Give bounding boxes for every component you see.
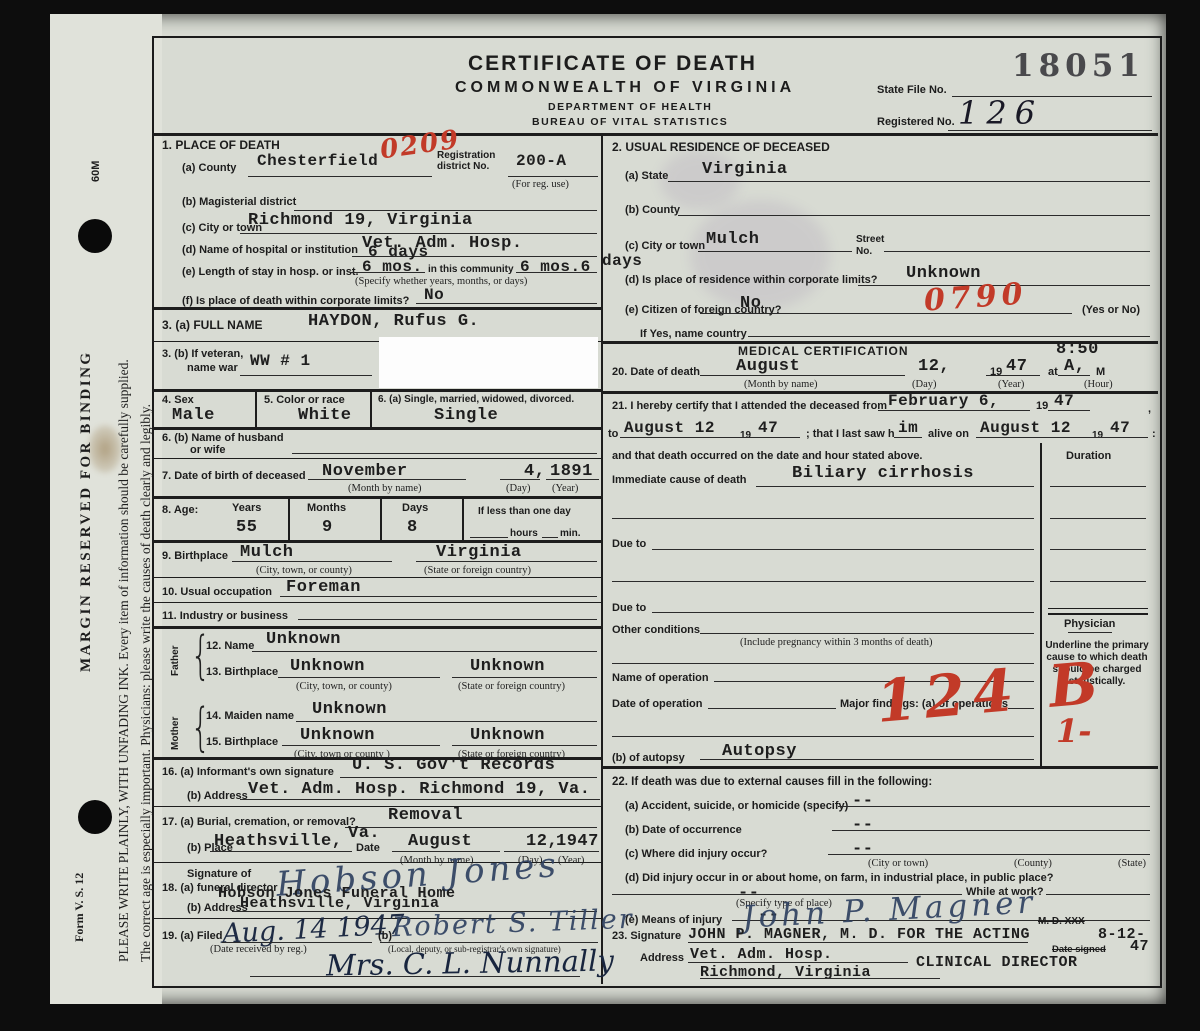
s8-years-value: 55 (236, 518, 257, 537)
s2e-note: (Yes or No) (1082, 304, 1140, 316)
rule (756, 486, 1034, 487)
s3b-label1: 3. (b) If veteran, (162, 348, 243, 360)
section-divider (152, 389, 601, 392)
date-operation-label: Date of operation (612, 698, 702, 710)
rule (612, 736, 1034, 737)
s8-days-label: Days (402, 502, 428, 514)
s18-label1: Signature of (187, 868, 251, 880)
s21-from-date: February 6, (888, 392, 999, 410)
s22a-label: (a) Accident, suicide, or homicide (spec… (625, 800, 848, 812)
rule (232, 561, 392, 562)
s3b-value: WW # 1 (250, 352, 311, 370)
rule (278, 677, 440, 678)
s19a-note: (Date received by reg.) (210, 944, 307, 955)
rule (222, 942, 372, 943)
s22c-note1: (City or town) (868, 858, 928, 869)
s22a-value: -- (852, 792, 873, 811)
rule (452, 745, 597, 746)
p13-state-note: (State or foreign country) (458, 681, 565, 692)
rule (292, 453, 597, 454)
s1-reg-label1: Registration (437, 150, 495, 161)
immediate-cause-label: Immediate cause of death (612, 474, 747, 486)
s23-md-label: M. D. XXX (1038, 916, 1085, 927)
immediate-cause-value: Biliary cirrhosis (792, 464, 974, 483)
p15-state: Unknown (470, 726, 545, 745)
s21-to-year: 47 (758, 419, 778, 437)
s6b-label2: or wife (190, 444, 225, 456)
father-label: Father (170, 645, 181, 676)
rule (612, 518, 1034, 519)
s18b-label: (b) Address (187, 902, 248, 914)
margin-binding-text: MARGIN RESERVED FOR BINDING (78, 350, 95, 672)
rule (1046, 894, 1150, 895)
rule (282, 745, 440, 746)
punch-hole-top (78, 219, 112, 253)
rule (976, 437, 1148, 438)
rule (340, 777, 597, 778)
s21-alive-label: alive on (928, 428, 969, 440)
p14-label: 14. Maiden name (206, 710, 294, 722)
rule (668, 181, 1150, 182)
s23-address-label: Address (640, 952, 684, 964)
s1e-overflow: days (602, 252, 642, 270)
due-to-1-label: Due to (612, 538, 646, 550)
s17-month: August (408, 832, 472, 851)
state-file-stamp: 18051 (1012, 48, 1145, 84)
s20-month-note: (Month by name) (744, 379, 818, 390)
s16b-label: (b) Address (187, 790, 248, 802)
cell-divider (288, 496, 290, 540)
s22e-label: (e) Means of injury (625, 914, 722, 926)
s23-typed1: JOHN P. MAGNER, M. D. FOR THE ACTING (688, 926, 1030, 943)
s9-city-note: (City, town, or county) (256, 565, 352, 576)
s3a-label: 3. (a) FULL NAME (162, 318, 262, 332)
rule (1050, 581, 1146, 582)
s9-label: 9. Birthplace (162, 550, 228, 562)
s5-value: White (298, 406, 352, 425)
rule (1050, 549, 1146, 550)
s1-reg-value: 200-A (516, 152, 567, 170)
s21-alive-date: August 12 (980, 419, 1071, 437)
s11-label: 11. Industry or business (162, 610, 288, 622)
s1-title: 1. PLACE OF DEATH (162, 138, 280, 152)
s21-alive-19: 19 (1092, 430, 1103, 441)
duration-label: Duration (1066, 450, 1111, 462)
header-divider (152, 133, 1158, 136)
s21-line1: 21. I hereby certify that I attended the… (612, 400, 887, 412)
commonwealth-title: COMMONWEALTH OF VIRGINIA (455, 79, 795, 97)
s8-months-label: Months (307, 502, 346, 514)
rule (748, 336, 1150, 337)
p13-label: 13. Birthplace (206, 666, 278, 678)
s2d-label: (d) Is place of residence within corpora… (625, 274, 877, 286)
section-divider (152, 307, 601, 310)
p12-value: Unknown (266, 630, 341, 649)
rule (296, 721, 597, 722)
rule (280, 596, 597, 597)
s2-ifyes-label: If Yes, name country (640, 328, 747, 340)
rule (416, 561, 597, 562)
s1a-label: (a) County (182, 162, 236, 174)
other-conditions-note: (Include pregnancy within 3 months of de… (740, 637, 932, 648)
s20-19: 19 (990, 366, 1002, 378)
s21-alive-year: 47 (1110, 419, 1130, 437)
operation-label: Name of operation (612, 672, 709, 684)
s17a-value: Removal (388, 806, 463, 825)
s20-year: 47 (1006, 357, 1027, 376)
s1a-value: Chesterfield (257, 152, 378, 170)
s2-title: 2. USUAL RESIDENCE OF DECEASED (612, 140, 830, 154)
other-conditions-label: Other conditions (612, 624, 700, 636)
certificate-title: CERTIFICATE OF DEATH (468, 52, 757, 76)
punch-hole-bottom (78, 800, 112, 834)
duration-cell-line (1048, 613, 1148, 615)
s3b-label2: name war (187, 362, 238, 374)
s10-label: 10. Usual occupation (162, 586, 272, 598)
s20-day-note: (Day) (912, 379, 937, 390)
s22c-value: -- (852, 840, 873, 859)
s2b-label: (b) County (625, 204, 680, 216)
rule (612, 581, 1034, 582)
rule (894, 437, 922, 438)
s2-street-label2: No. (856, 246, 872, 257)
rule (700, 375, 905, 376)
mother-brace: { (191, 698, 211, 758)
rule (1050, 518, 1146, 519)
rule (240, 375, 372, 376)
duration-cell-line (1048, 608, 1148, 609)
rule (1050, 486, 1146, 487)
s22c-label: (c) Where did injury occur? (625, 848, 767, 860)
registered-label: Registered No. (877, 116, 955, 128)
rule (948, 130, 1152, 131)
rule (688, 942, 1028, 943)
s7-label: 7. Date of birth of deceased (162, 470, 306, 482)
rule (878, 410, 1030, 411)
s20-at: at (1048, 366, 1058, 378)
death-certificate-scan: MARGIN RESERVED FOR BINDING PLEASE WRITE… (0, 0, 1200, 1031)
rule (700, 759, 1034, 760)
rule (345, 827, 597, 828)
rule (1058, 375, 1090, 376)
physician-label: Physician (1064, 618, 1115, 630)
rule (546, 479, 599, 480)
rule (698, 251, 852, 252)
s21-to-19: 19 (740, 430, 751, 441)
registered-number-handwritten: 126 (958, 94, 1043, 132)
rule (350, 272, 425, 273)
rule (1068, 632, 1112, 633)
s23-typed2: CLINICAL DIRECTOR (916, 954, 1078, 971)
s17b-value: Heathsville, (214, 832, 342, 851)
p13-state: Unknown (470, 657, 545, 676)
s4-label: 4. Sex (162, 394, 194, 406)
form-number: Form V. S. 12 (72, 873, 87, 942)
s1e-mid-label: in this community (428, 264, 514, 275)
p13-city-note: (City, town, or county) (296, 681, 392, 692)
rule (210, 851, 352, 852)
rule (678, 215, 1150, 216)
s8-years-label: Years (232, 502, 261, 514)
row-divider (152, 458, 601, 459)
s22d-label: (d) Did injury occur in or about home, o… (625, 872, 1053, 884)
s1f-label: (f) Is place of death within corporate l… (182, 295, 409, 307)
redaction-box (379, 337, 598, 388)
s16b-value: Vet. Adm. Hosp. Richmond 19, Va. (248, 780, 590, 799)
s2-street-label1: Street (856, 234, 884, 245)
rule (542, 537, 558, 538)
rule (452, 677, 597, 678)
s8-months-value: 9 (322, 518, 333, 537)
s6a-label: 6. (a) Single, married, widowed, divorce… (378, 394, 574, 405)
s1d-label: (d) Name of hospital or institution (182, 244, 358, 256)
bureau-line: BUREAU OF VITAL STATISTICS (532, 116, 728, 128)
s8-less-label: If less than one day (478, 506, 571, 517)
row-divider (152, 806, 601, 807)
rule (700, 633, 1034, 634)
s1c-value: Richmond 19, Virginia (248, 211, 473, 230)
rule (688, 962, 908, 963)
rule (652, 549, 1034, 550)
row-divider (152, 602, 601, 603)
s8-hours-label: hours (510, 528, 538, 539)
rule (500, 479, 540, 480)
rule (308, 479, 466, 480)
p15-city: Unknown (300, 726, 375, 745)
s1e-value1: 6 mos. (362, 258, 423, 276)
medical-title: MEDICAL CERTIFICATION (738, 344, 909, 358)
s17-date-label: Date (356, 842, 380, 854)
rule (832, 830, 1150, 831)
rule (620, 437, 800, 438)
s19a-label: 19. (a) Filed (162, 930, 223, 942)
p14-value: Unknown (312, 700, 387, 719)
cell-divider (370, 389, 372, 427)
s21-comma: , (1148, 403, 1151, 415)
s22c-note3: (State) (1118, 858, 1146, 869)
s20-day: 12, (918, 357, 950, 376)
rule (838, 806, 1150, 807)
s23-label: 23. Signature (612, 930, 681, 942)
section-divider (601, 391, 1158, 394)
s21-colon: : (1152, 428, 1156, 440)
p15-label: 15. Birthplace (206, 736, 278, 748)
s10-value: Foreman (286, 578, 361, 597)
section-divider (601, 766, 1158, 769)
rule (416, 303, 597, 304)
due-to-2-label: Due to (612, 602, 646, 614)
s1e-value2: 6 mos.6 (520, 258, 591, 276)
row-divider (152, 577, 601, 578)
s5-label: 5. Color or race (264, 394, 345, 406)
s6b-label1: 6. (b) Name of husband (162, 432, 284, 444)
s2a-value: Virginia (702, 160, 788, 179)
s21-saw-label: ; that I last saw h (806, 428, 895, 440)
s20-label: 20. Date of death (612, 366, 700, 378)
section-divider (152, 427, 601, 430)
department-line: DEPARTMENT OF HEALTH (548, 101, 712, 113)
s7-day-note: (Day) (506, 483, 531, 494)
autopsy-label: (b) of autopsy (612, 752, 685, 764)
rule (380, 942, 598, 943)
s17b-label: (b) Place (187, 842, 233, 854)
rule (248, 176, 432, 177)
s21-to-date: August 12 (624, 419, 715, 437)
margin-instruction-line1: PLEASE WRITE PLAINLY, WITH UNFADING INK.… (116, 359, 132, 962)
s9-city: Mulch (240, 543, 294, 562)
rule (508, 176, 598, 177)
s6a-value: Single (434, 406, 498, 425)
s21-saw-im: im (898, 419, 918, 437)
s23-address1: Vet. Adm. Hosp. (690, 946, 833, 963)
section-divider (152, 496, 601, 499)
s4-value: Male (172, 406, 215, 425)
s17b-value2: Va. (348, 824, 380, 843)
s1-reg-label2: district No. (437, 161, 489, 172)
s2c-label: (c) City or town (625, 240, 705, 252)
s7-month-note: (Month by name) (348, 483, 422, 494)
s2c-value: Mulch (706, 230, 760, 249)
s20-hour-note: (Hour) (1084, 379, 1113, 390)
s23-date-typed2: 47 (1130, 938, 1149, 955)
p13-city: Unknown (290, 657, 365, 676)
s1f-value: No (424, 286, 444, 304)
rule (828, 854, 1150, 855)
cell-divider (380, 496, 382, 540)
rule (884, 251, 1150, 252)
s8-days-value: 8 (407, 518, 418, 537)
s7-year-note: (Year) (552, 483, 578, 494)
s16a-label: 16. (a) Informant's own signature (162, 766, 334, 778)
rule (298, 619, 597, 620)
s20-m: M (1096, 366, 1105, 378)
s19b-label: (b) (378, 930, 392, 942)
s3a-value: HAYDON, Rufus G. (308, 312, 479, 331)
s1e-label: (e) Length of stay in hosp. or inst. (182, 266, 359, 278)
s21-to-label: to (608, 428, 618, 440)
s20-hour2: A, (1064, 357, 1085, 376)
cell-divider (255, 389, 257, 427)
s20-year-note: (Year) (998, 379, 1024, 390)
s2a-label: (a) State (625, 170, 668, 182)
s8-min-label: min. (560, 528, 581, 539)
s1b-label: (b) Magisterial district (182, 196, 296, 208)
s21-from-19: 19 (1036, 400, 1048, 412)
rule (700, 313, 1072, 314)
rule (708, 708, 836, 709)
s18b-value: Heathsville, Virginia (240, 895, 440, 912)
section-divider (152, 626, 601, 629)
s22b-value: -- (852, 816, 873, 835)
s17-year-note: (Year) (558, 855, 584, 866)
print-code: 60M (90, 161, 102, 182)
rule (652, 612, 1034, 613)
section-divider (152, 540, 601, 543)
s16a-value: U. S. Gov't Records (352, 756, 555, 775)
rule (250, 976, 580, 977)
rule (252, 651, 597, 652)
rule (1048, 410, 1090, 411)
rule (240, 799, 600, 800)
s2e-value: No (740, 294, 761, 313)
s22c-note2: (County) (1014, 858, 1052, 869)
rule (986, 375, 1040, 376)
s17a-label: 17. (a) Burial, cremation, or removal? (162, 816, 356, 828)
s21-line3: and that death occurred on the date and … (612, 450, 923, 462)
s21-from-year: 47 (1054, 392, 1074, 410)
cell-divider (462, 496, 464, 540)
state-file-label: State File No. (877, 84, 947, 96)
s22-title: 22. If death was due to external causes … (612, 776, 932, 788)
s20-month: August (736, 357, 800, 376)
s17-year: 1947 (556, 832, 599, 851)
rule (700, 978, 940, 979)
s9-state-note: (State or foreign country) (424, 565, 531, 576)
s22b-label: (b) Date of occurrence (625, 824, 742, 836)
s1-reg-note: (For reg. use) (512, 179, 569, 190)
p12-label: 12. Name (206, 640, 254, 652)
mother-label: Mother (170, 717, 181, 750)
rule (470, 537, 508, 538)
s9-state: Virginia (436, 543, 522, 562)
s8-label: 8. Age: (162, 504, 198, 516)
rule (516, 272, 597, 273)
